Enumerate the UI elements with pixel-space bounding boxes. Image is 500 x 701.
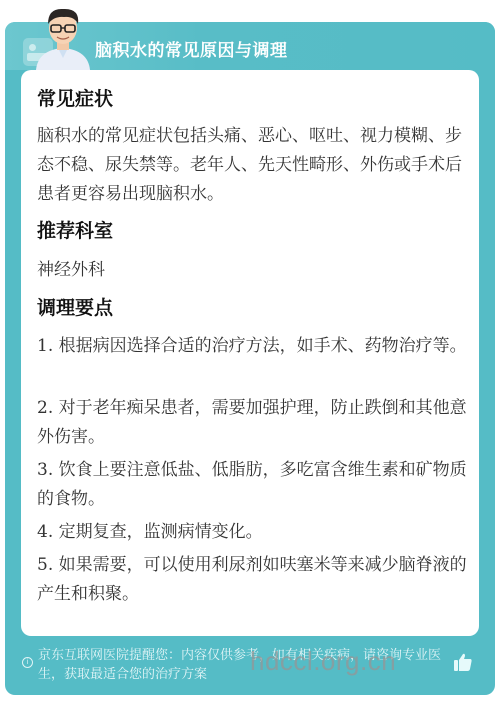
care-item: 1. 根据病因选择合适的治疗方法，如手术、药物治疗等。 bbox=[37, 332, 467, 361]
item-text: 如果需要，可以使用利尿剂如呋塞米等来减少脑脊液的产生和积聚。 bbox=[37, 555, 467, 604]
symptoms-text: 脑积水的常见症状包括头痛、恶心、呕吐、视力模糊、步态不稳、尿失禁等。老年人、先天… bbox=[37, 122, 467, 209]
watermark: hdccl.org.cn bbox=[250, 646, 396, 677]
item-number: 3. bbox=[37, 460, 53, 480]
thumbs-up-icon[interactable] bbox=[453, 652, 473, 672]
care-item: 2. 对于老年痴呆患者，需要加强护理，防止跌倒和其他意外伤害。 bbox=[37, 394, 467, 452]
care-item: 5. 如果需要，可以使用利尿剂如呋塞米等来减少脑脊液的产生和积聚。 bbox=[37, 551, 467, 609]
item-text: 饮食上要注意低盐、低脂肪，多吃富含维生素和矿物质的食物。 bbox=[37, 460, 467, 509]
care-item: 3. 饮食上要注意低盐、低脂肪，多吃富含维生素和矿物质的食物。 bbox=[37, 456, 467, 514]
item-number: 4. bbox=[37, 522, 53, 542]
item-text: 对于老年痴呆患者，需要加强护理，防止跌倒和其他意外伤害。 bbox=[37, 398, 467, 447]
page-title: 脑积水的常见原因与调理 bbox=[95, 36, 288, 61]
item-number: 5. bbox=[37, 555, 53, 575]
item-number: 2. bbox=[37, 398, 53, 418]
doctor-avatar-icon bbox=[28, 4, 98, 70]
item-text: 根据病因选择合适的治疗方法，如手术、药物治疗等。 bbox=[53, 336, 466, 356]
content-card: 常见症状 脑积水的常见症状包括头痛、恶心、呕吐、视力模糊、步态不稳、尿失禁等。老… bbox=[21, 70, 479, 636]
item-number: 1. bbox=[37, 336, 53, 356]
department-text: 神经外科 bbox=[37, 256, 105, 285]
care-item: 4. 定期复查，监测病情变化。 bbox=[37, 518, 467, 547]
section-title-department: 推荐科室 bbox=[37, 218, 113, 244]
item-text: 定期复查，监测病情变化。 bbox=[53, 522, 262, 542]
section-title-symptoms: 常见症状 bbox=[37, 86, 113, 112]
section-title-care: 调理要点 bbox=[37, 295, 113, 321]
info-icon: i bbox=[22, 657, 33, 668]
